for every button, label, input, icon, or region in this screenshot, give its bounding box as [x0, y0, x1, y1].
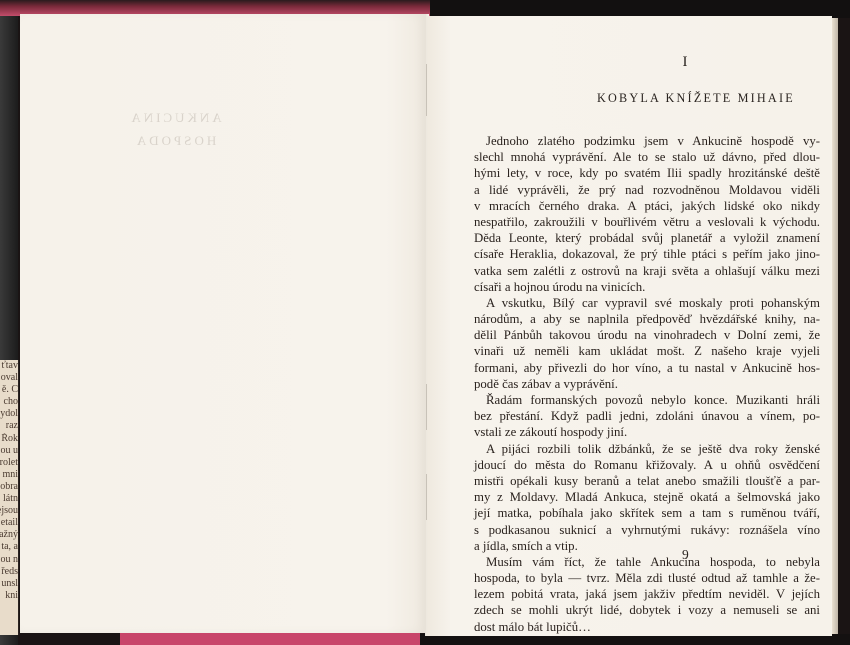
previous-page-fragment: obra	[0, 481, 18, 492]
text-line: Děda Leonte, který probádal svůj planetá…	[474, 230, 820, 246]
show-through-line: ANKUCINA	[115, 106, 235, 129]
previous-page-fragment: ta, a	[1, 541, 18, 552]
text-line: A pijáci rozbili tolik džbánků, že se je…	[474, 441, 820, 457]
text-line: vinaři už neměli kam ukládat mošt. Z naš…	[474, 343, 820, 359]
show-through-line: HOSPODA	[115, 129, 235, 152]
page-number: 9	[682, 547, 689, 563]
previous-page-fragment: ě. C	[2, 384, 18, 395]
previous-page-fragment: ou n	[1, 554, 19, 565]
text-line: v mracích černého draka. A ptáci, jakých…	[474, 198, 820, 214]
previous-page-fragment: látn	[3, 493, 18, 504]
text-line: vatka sem zalétli z ostrovů na kraji svě…	[474, 263, 820, 279]
left-page: ANKUCINA HOSPODA	[20, 14, 427, 633]
previous-page-fragment: mni	[2, 469, 18, 480]
text-line: a jídla, smích a vtip.	[474, 538, 820, 554]
show-through-title: ANKUCINA HOSPODA	[115, 106, 235, 152]
previous-page-fragment: oval	[1, 372, 18, 383]
text-line: Řadám formanských povozů nebylo konce. M…	[474, 392, 820, 408]
text-line: dělil Pánbůh takovou úrodu na vinohradec…	[474, 327, 820, 343]
text-line: a lidé vyprávěli, že prý nad rozvodněnou…	[474, 182, 820, 198]
right-page-edge	[832, 18, 838, 634]
previous-page-fragment: unsl	[1, 578, 18, 589]
text-line: A vskutku, Bílý car vypravil své moskaly…	[474, 295, 820, 311]
text-line: zdech se mohli ukrýt lidé, dobytek i voz…	[474, 602, 820, 618]
text-line: mistři opékali kusy beranů a telat anebo…	[474, 473, 820, 489]
chapter-title: KOBYLA KNÍŽETE MIHAIE	[597, 91, 797, 106]
text-line: jdoucí do města do Romanu křižovaly. A u…	[474, 457, 820, 473]
book-cover-bottom-edge	[120, 632, 420, 645]
text-line: Jednoho zlatého podzimku jsem v Ankucině…	[474, 133, 820, 149]
text-line: formani, aby přivezli do hor víno, a tu …	[474, 360, 820, 376]
chapter-number: I	[427, 54, 850, 71]
text-line: její matka, pobíhala jako skřítek sem a …	[474, 505, 820, 521]
text-line: dost málo bát lupičů…	[474, 619, 820, 635]
previous-page-strip: ťtavovalě. CchoydolrazŘokou uroletmniobr…	[0, 360, 19, 635]
text-line: lezem pobitá vrata, jaká jsem jakživ pře…	[474, 586, 820, 602]
previous-page-fragment: kni	[5, 590, 18, 601]
text-line: národům, a aby se naplnila předpověď hvě…	[474, 311, 820, 327]
text-line: nespatřilo, zakroužili v bouřlivém větru…	[474, 214, 820, 230]
previous-page-fragment: cho	[4, 396, 18, 407]
previous-page-fragment: raz	[6, 420, 18, 431]
previous-page-fragment: rolet	[0, 457, 18, 468]
text-line: vstali ze zákoutí hospody jiní.	[474, 424, 820, 440]
previous-page-fragment: ou u	[1, 445, 19, 456]
text-line: císaře Heraklia, dokazoval, že prý tihle…	[474, 246, 820, 262]
previous-page-fragment: ydol	[0, 408, 18, 419]
previous-page-fragment: ejsou	[0, 505, 18, 516]
text-line: hospoda, to byla — tvrz. Měla zdi tlusté…	[474, 570, 820, 586]
text-line: hými lety, v roce, kdy po svatém Ilii sp…	[474, 165, 820, 181]
text-line: s podkasanou suknicí a vyhrnutými rukávy…	[474, 522, 820, 538]
previous-page-fragment: Řok	[1, 433, 18, 444]
text-line: Musím vám říct, že tahle Ankucina hospod…	[474, 554, 820, 570]
text-line: slechl mnohá vyprávění. Ale to se stalo …	[474, 149, 820, 165]
text-line: podě čas zábav a vyprávění.	[474, 376, 820, 392]
text-line: my z Moldavy. Mladá Ankuca, stejně okatá…	[474, 489, 820, 505]
previous-page-fragment: etail	[1, 517, 18, 528]
previous-page-fragment: ředs	[1, 566, 18, 577]
text-line: bez přestání. Když padli jedni, zdoláni …	[474, 408, 820, 424]
body-text: Jednoho zlatého podzimku jsem v Ankucině…	[474, 133, 820, 635]
text-line: císaři a hojnou úrodu na vinicích.	[474, 279, 820, 295]
previous-page-fragment: ťtav	[2, 360, 19, 371]
previous-page-fragment: ažný	[0, 529, 18, 540]
